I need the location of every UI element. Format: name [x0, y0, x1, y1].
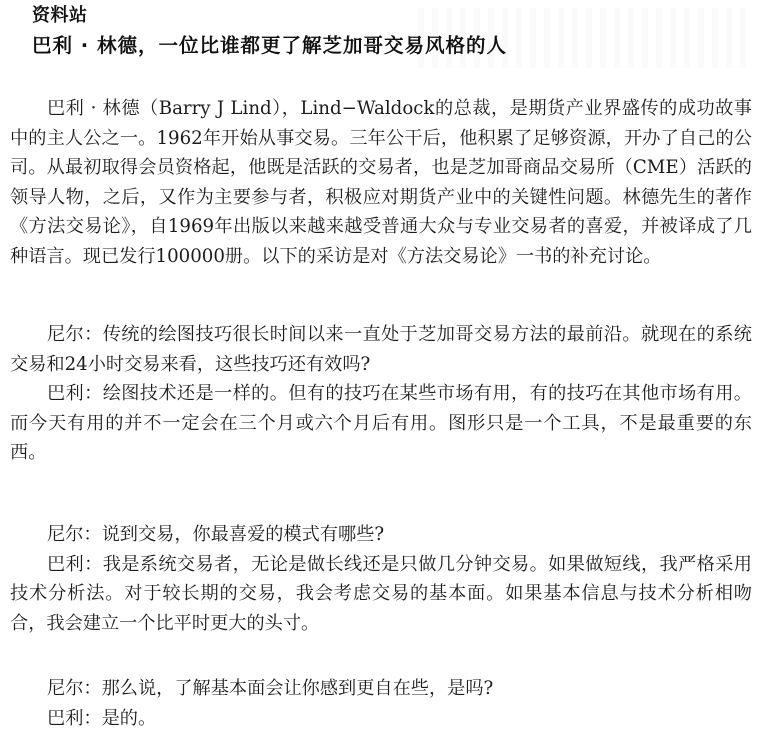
speaker-label: 尼尔： [47, 524, 102, 545]
speaker-label: 尼尔： [47, 678, 102, 699]
question-text: 那么说，了解基本面会让你感到更自在些，是吗? [102, 678, 494, 699]
intro-section: 巴利 · 林德（Barry J Lind），Lind−Waldock的总裁，是期… [10, 94, 752, 271]
answer-line: 巴利：绘图技术还是一样的。但有的技巧在某些市场有用，有的技巧在其他市场有用。而今… [10, 379, 752, 468]
document-page: 资料站 巴利 · 林德，一位比谁都更了解芝加哥交易风格的人 巴利 · 林德（Ba… [0, 0, 758, 752]
speaker-label: 尼尔： [47, 324, 103, 345]
speaker-label: 巴利： [47, 708, 102, 729]
section-label: 资料站 [32, 4, 88, 28]
speaker-label: 巴利： [47, 383, 103, 404]
question-text: 说到交易，你最喜爱的模式有哪些? [102, 524, 385, 545]
answer-line: 巴利：我是系统交易者，无论是做长线还是只做几分钟交易。如果做短线，我严格采用技术… [10, 550, 752, 639]
question-text: 传统的绘图技巧很长时间以来一直处于芝加哥交易方法的最前沿。就现在的系统交易和24… [10, 324, 752, 375]
answer-line: 巴利：是的。 [10, 704, 752, 734]
question-line: 尼尔：那么说，了解基本面会让你感到更自在些，是吗? [10, 674, 752, 704]
answer-text: 绘图技术还是一样的。但有的技巧在某些市场有用，有的技巧在其他市场有用。而今天有用… [10, 383, 752, 463]
intro-paragraph: 巴利 · 林德（Barry J Lind），Lind−Waldock的总裁，是期… [10, 94, 752, 271]
article-title: 巴利 · 林德，一位比谁都更了解芝加哥交易风格的人 [32, 33, 507, 59]
answer-text: 我是系统交易者，无论是做长线还是只做几分钟交易。如果做短线，我严格采用技术分析法… [10, 554, 752, 634]
answer-text: 是的。 [102, 708, 157, 729]
interview-exchange-1: 尼尔：传统的绘图技巧很长时间以来一直处于芝加哥交易方法的最前沿。就现在的系统交易… [10, 320, 752, 468]
interview-exchange-2: 尼尔：说到交易，你最喜爱的模式有哪些? 巴利：我是系统交易者，无论是做长线还是只… [10, 520, 752, 638]
interview-exchange-3: 尼尔：那么说，了解基本面会让你感到更自在些，是吗? 巴利：是的。 [10, 674, 752, 733]
speaker-label: 巴利： [47, 554, 103, 575]
question-line: 尼尔：传统的绘图技巧很长时间以来一直处于芝加哥交易方法的最前沿。就现在的系统交易… [10, 320, 752, 379]
question-line: 尼尔：说到交易，你最喜爱的模式有哪些? [10, 520, 752, 550]
